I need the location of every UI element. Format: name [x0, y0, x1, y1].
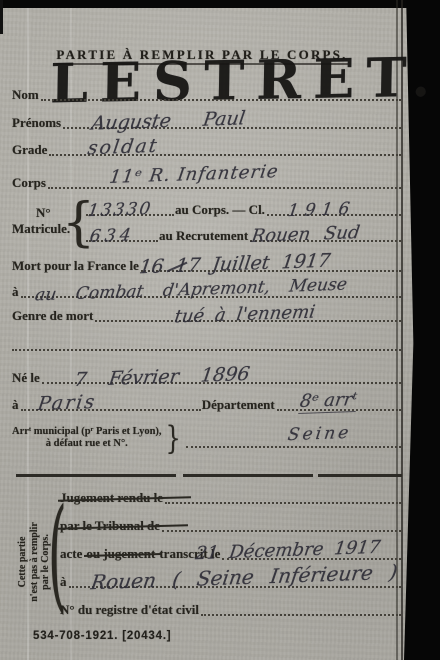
- field-label-genre: Genre de mort: [12, 309, 93, 324]
- field-row-grade: Grade: [12, 143, 402, 158]
- field-label-corps: Corps: [12, 176, 46, 191]
- handwriting-date-mort: 16 17 Juillet 1917: [138, 250, 332, 279]
- handwriting-classe: 1916: [286, 199, 356, 221]
- field-label-grade: Grade: [12, 143, 47, 158]
- field-row-blank: [12, 346, 402, 353]
- field-label-a3: à: [60, 575, 67, 590]
- handwriting-recrutement-lieu: Rouen Sud: [250, 222, 361, 247]
- field-label-departement: Département: [202, 398, 275, 413]
- field-row-registre: N° du registre d'état civil: [60, 603, 402, 618]
- handwriting-matricule-recrutement: 634: [88, 225, 136, 247]
- field-label-numero: N°: [36, 206, 51, 221]
- side-note-line: Cette partie: [17, 492, 29, 632]
- field-label-acte: acte: [60, 547, 82, 562]
- form-reference-code: 534-708-1921. [20434.]: [33, 630, 171, 642]
- arrondissement-brace: }: [165, 422, 180, 454]
- dotted-line: [41, 96, 401, 101]
- field-label-nom: Nom: [12, 88, 39, 103]
- dotted-line: [12, 346, 401, 351]
- handwriting-surname: LESTRET.: [49, 45, 440, 116]
- military-death-record-scan: PARTIE À REMPLIR PAR LE CORPS. LESTRET. …: [0, 0, 440, 660]
- field-label-ne-le: Né le: [12, 371, 40, 386]
- handwriting-arr-municipal: Seine: [286, 423, 352, 445]
- section-separator: [183, 474, 313, 477]
- field-label-arr1: Arrᵗ municipal (pʳ Paris et Lyon),: [12, 426, 162, 438]
- field-row-nom: Nom: [12, 88, 402, 103]
- handwriting-matricule-corps: 13330: [86, 199, 153, 221]
- field-label-tribunal: par le Tribunal de: [60, 519, 160, 534]
- field-label-registre: N° du registre d'état civil: [60, 603, 199, 618]
- field-label-jugement: Jugement rendu le: [60, 491, 163, 506]
- dotted-line: [162, 527, 401, 532]
- scan-top-edge: [0, 0, 440, 8]
- field-label-prenoms: Prénoms: [12, 116, 61, 131]
- handwriting-grade: soldat: [86, 135, 160, 159]
- field-row-jugement: Jugement rendu le: [60, 491, 402, 506]
- handwriting-departement: 8ᵉ arrᵗ: [298, 389, 358, 414]
- field-label-a: à: [12, 285, 19, 300]
- field-label-arr2: à défaut rue et N°.: [12, 438, 162, 450]
- dotted-line: [201, 611, 401, 616]
- handwriting-date-naissance: 7 Février 1896: [73, 363, 251, 391]
- field-label-ou-jugement: ou jugement: [86, 547, 155, 562]
- field-label-mort: Mort pour la France le: [12, 259, 139, 274]
- section-separator: [318, 474, 402, 477]
- handwriting-lieu-mort: au Combat d'Apremont, Meuse: [34, 275, 349, 306]
- scan-left-edge: [0, 0, 3, 34]
- field-label-a2: à: [12, 398, 19, 413]
- section-separator: [16, 474, 176, 477]
- dotted-line: [165, 499, 401, 504]
- field-label-au-recrutement: au Recrutement: [159, 229, 248, 244]
- field-row-tribunal: par le Tribunal de: [60, 519, 402, 534]
- field-label-au-corps: au Corps. — Cl.: [175, 203, 265, 218]
- handwriting-lieu-naissance: Paris: [36, 391, 98, 415]
- side-note-line: n'est pas à remplir: [29, 492, 41, 632]
- arrondissement-label-block: Arrᵗ municipal (pʳ Paris et Lyon), à déf…: [12, 426, 162, 450]
- dotted-line: [48, 184, 401, 189]
